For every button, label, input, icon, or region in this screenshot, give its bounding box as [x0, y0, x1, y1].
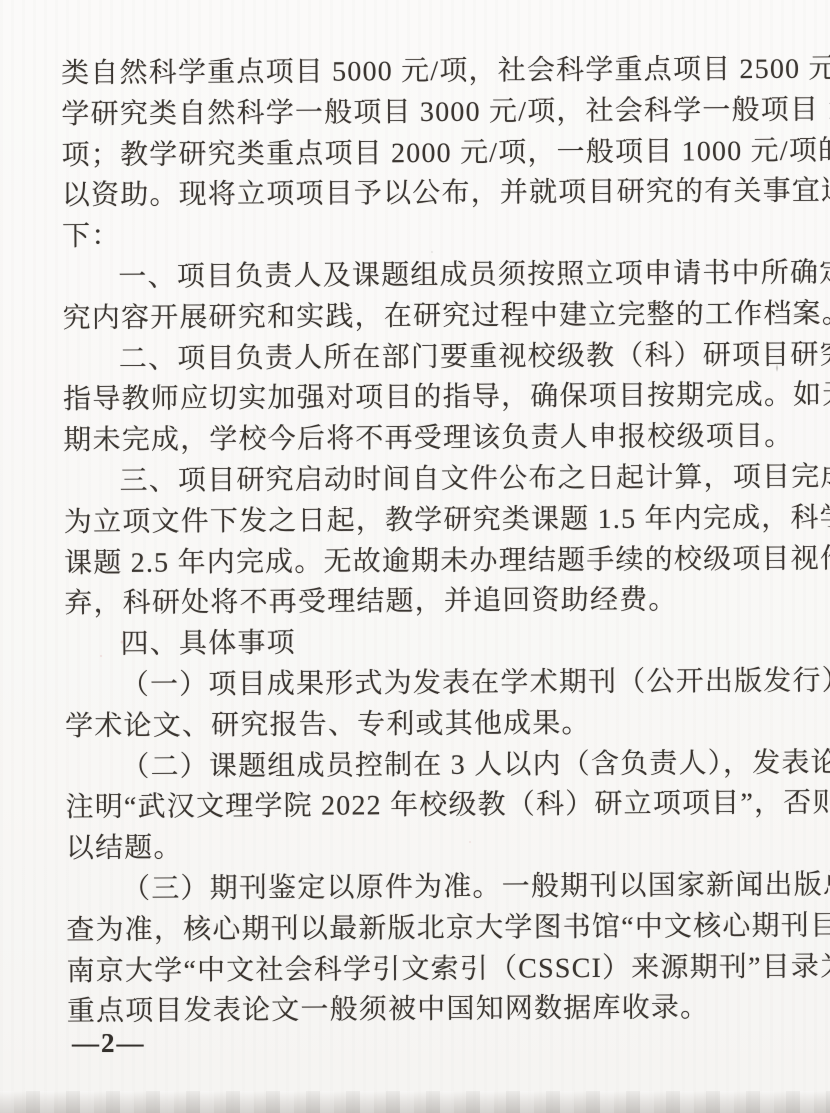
- text-line: 项；教学研究类重点项目 2000 元/项，一般项目 1000 元/项的标准予: [61, 131, 773, 176]
- text-line: 三、项目研究启动时间自文件公布之日起计算，项目完成时间: [63, 458, 775, 503]
- text-line: 类自然科学重点项目 5000 元/项，社会科学重点项目 2500 元/项；科: [61, 50, 773, 95]
- text-line: （二）课题组成员控制在 3 人以内（含负责人），发表论文须: [65, 743, 777, 788]
- text-line: 学术论文、研究报告、专利或其他成果。: [65, 703, 777, 748]
- text-line: 以结题。: [66, 825, 778, 870]
- text-line: 弃，科研处将不再受理结题，并追回资助经费。: [64, 580, 776, 625]
- text-line: 为立项文件下发之日起，教学研究类课题 1.5 年内完成，科学研究类: [64, 499, 776, 544]
- text-line: 学研究类自然科学一般项目 3000 元/项，社会科学一般项目 1500 元/: [61, 91, 773, 136]
- text-line: 二、项目负责人所在部门要重视校级教（科）研项目研究工作，: [63, 335, 775, 380]
- text-line: 指导教师应切实加强对项目的指导，确保项目按期完成。如无故逾: [63, 376, 775, 421]
- text-line: 南京大学“中文社会科学引文索引（CSSCI）来源期刊”目录为准，: [66, 947, 778, 992]
- text-line: 重点项目发表论文一般须被中国知网数据库收录。: [67, 988, 779, 1033]
- text-line: 查为准，核心期刊以最新版北京大学图书馆“中文核心期刊目录”、: [66, 907, 778, 952]
- text-line: （一）项目成果形式为发表在学术期刊（公开出版发行）上的: [65, 662, 777, 707]
- page-number: —2—: [72, 1028, 146, 1059]
- scanned-document-page: 类自然科学重点项目 5000 元/项，社会科学重点项目 2500 元/项；科学研…: [0, 0, 830, 1113]
- text-line: 下：: [62, 213, 774, 258]
- text-line: 期未完成，学校今后将不再受理该负责人申报校级项目。: [63, 417, 775, 462]
- text-line: 究内容开展研究和实践，在研究过程中建立完整的工作档案。: [62, 295, 774, 340]
- text-line: 一、项目负责人及课题组成员须按照立项申请书中所确定的研: [62, 254, 774, 299]
- document-body: 类自然科学重点项目 5000 元/项，社会科学重点项目 2500 元/项；科学研…: [61, 50, 779, 1033]
- text-line: 课题 2.5 年内完成。无故逾期未办理结题手续的校级项目视作自动放: [64, 539, 776, 584]
- text-line: 注明“武汉文理学院 2022 年校级教（科）研立项项目”，否则不予: [65, 784, 777, 829]
- text-line: （三）期刊鉴定以原件为准。一般期刊以国家新闻出版总署可: [66, 866, 778, 911]
- text-line: 四、具体事项: [64, 621, 776, 666]
- scan-edge-shadow: [0, 1091, 830, 1113]
- text-line: 以资助。现将立项项目予以公布，并就项目研究的有关事宜通知如: [62, 172, 774, 217]
